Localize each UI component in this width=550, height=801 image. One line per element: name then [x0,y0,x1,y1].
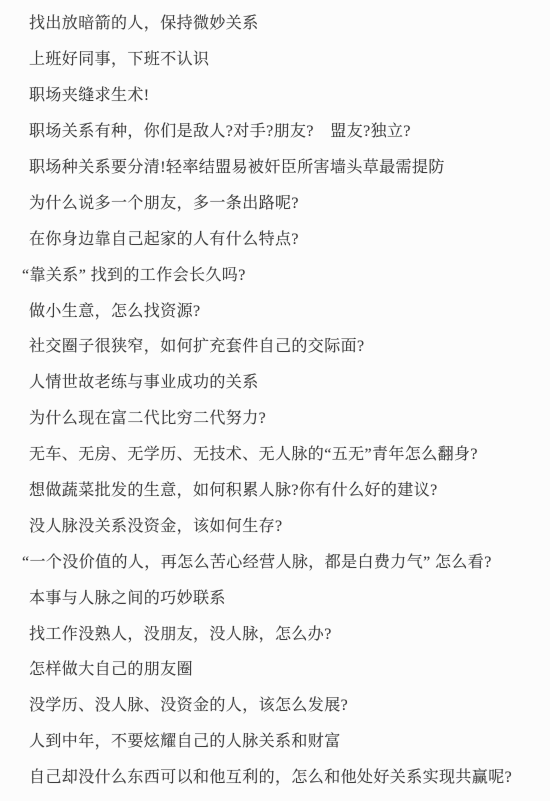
text-line: 没学历、没人脉、没资金的人，该怎么发展? [29,686,540,722]
text-line: 在你身边靠自己起家的人有什么特点? [29,219,540,255]
text-line: 职场夹缝求生术! [29,76,540,112]
text-line: 找出放暗箭的人，保持微妙关系 [29,4,540,40]
text-line: 人情世故老练与事业成功的关系 [29,363,540,399]
text-line: 职场种关系要分清!轻率结盟易被奸臣所害墙头草最需提防 [29,148,540,184]
text-line: 无车、无房、无学历、无技术、无人脉的“五无”青年怎么翻身? [29,435,540,471]
text-line: 怎样做大自己的朋友圈 [29,650,540,686]
text-line: 自己却没什么东西可以和他互利的，怎么和他处好关系实现共赢呢? [29,758,540,794]
text-line: 本事与人脉之间的巧妙联系 [29,578,540,614]
text-line: 找工作没熟人，没朋友，没人脉，怎么办? [29,614,540,650]
text-line: 职场关系有种，你们是敌人?对手?朋友? 盟友?独立? [29,112,540,148]
text-line: 上班好同事，下班不认识 [29,40,540,76]
text-line: “靠关系” 找到的工作会长久吗? [22,255,540,291]
text-line: 为什么说多一个朋友，多一条出路呢? [29,183,540,219]
question-list-page: 找出放暗箭的人，保持微妙关系上班好同事，下班不认识职场夹缝求生术!职场关系有种，… [0,0,550,801]
text-line: 没人脉没关系没资金，该如何生存? [29,506,540,542]
text-line: 社交圈子很狭窄，如何扩充套件自己的交际面? [29,327,540,363]
text-line: 为什么现在富二代比穷二代努力? [29,399,540,435]
text-line: 做小生意，怎么找资源? [29,291,540,327]
text-line: “一个没价值的人，再怎么苦心经营人脉，都是白费力气” 怎么看? [22,542,540,578]
question-list: 找出放暗箭的人，保持微妙关系上班好同事，下班不认识职场夹缝求生术!职场关系有种，… [0,0,550,794]
text-line: 人到中年，不要炫耀自己的人脉关系和财富 [29,722,540,758]
text-line: 想做蔬菜批发的生意，如何积累人脉?你有什么好的建议? [29,471,540,507]
